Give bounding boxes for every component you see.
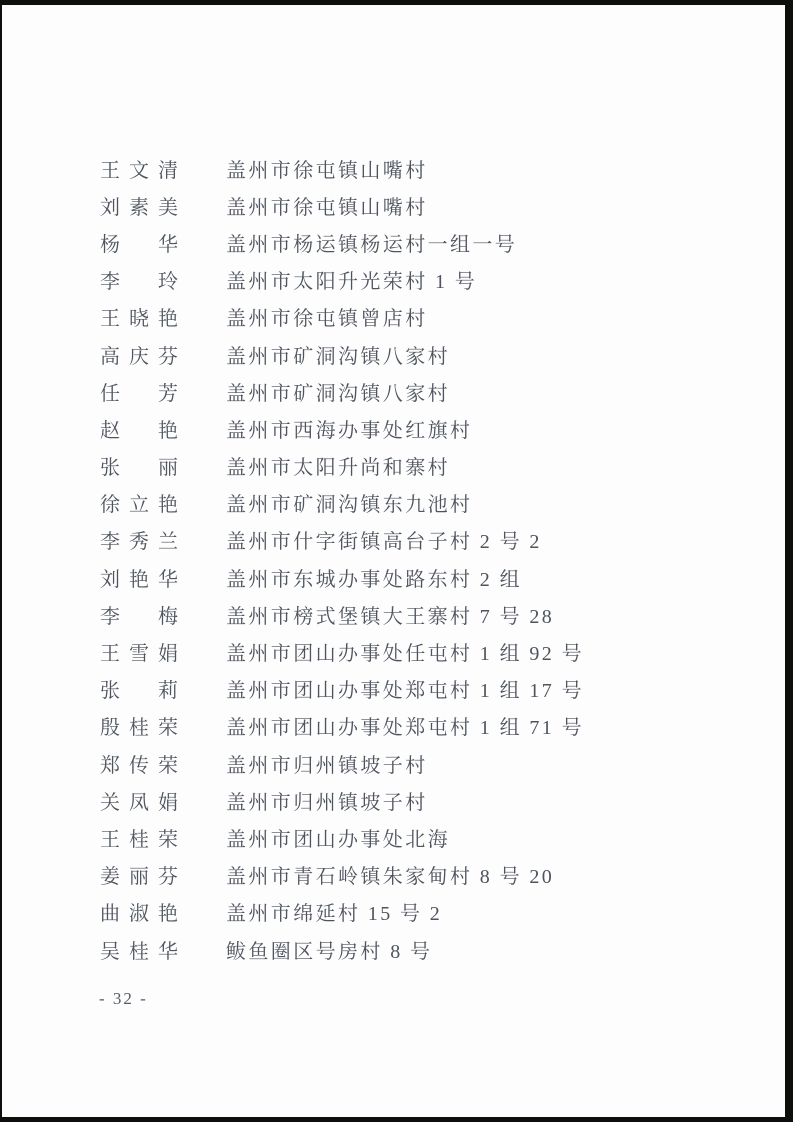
record-row: 姜丽芬盖州市青石岭镇朱家甸村 8 号 20	[100, 859, 720, 896]
record-address: 盖州市徐屯镇山嘴村	[226, 161, 428, 181]
record-address: 鲅鱼圈区号房村 8 号	[226, 942, 432, 962]
scan-edge-right	[785, 0, 793, 1122]
record-name: 王晓艳	[100, 309, 178, 329]
record-row: 殷桂荣盖州市团山办事处郑屯村 1 组 71 号	[100, 710, 720, 747]
record-name: 姜丽芬	[100, 867, 178, 887]
record-address: 盖州市西海办事处红旗村	[226, 421, 472, 441]
record-row: 任芳盖州市矿洞沟镇八家村	[100, 375, 720, 412]
record-address: 盖州市青石岭镇朱家甸村 8 号 20	[226, 867, 554, 887]
record-row: 李秀兰盖州市什字街镇高台子村 2 号 2	[100, 524, 720, 561]
record-name: 张莉	[100, 681, 178, 701]
record-name: 杨华	[100, 235, 178, 255]
record-name: 赵艳	[100, 421, 178, 441]
record-row: 刘艳华盖州市东城办事处路东村 2 组	[100, 561, 720, 598]
record-row: 张丽盖州市太阳升尚和寨村	[100, 450, 720, 487]
record-name: 任芳	[100, 384, 178, 404]
record-name: 吴桂华	[100, 942, 178, 962]
record-name: 刘艳华	[100, 570, 178, 590]
record-address: 盖州市东城办事处路东村 2 组	[226, 570, 522, 590]
record-address: 盖州市太阳升光荣村 1 号	[226, 272, 477, 292]
record-row: 赵艳盖州市西海办事处红旗村	[100, 412, 720, 449]
record-row: 吴桂华鲅鱼圈区号房村 8 号	[100, 933, 720, 970]
record-name: 郑传荣	[100, 756, 178, 776]
record-address: 盖州市杨运镇杨运村一组一号	[226, 235, 517, 255]
record-address: 盖州市团山办事处北海	[226, 830, 450, 850]
record-address: 盖州市绵延村 15 号 2	[226, 904, 442, 924]
record-name: 张丽	[100, 458, 178, 478]
record-name: 关凤娟	[100, 793, 178, 813]
record-name: 王雪娟	[100, 644, 178, 664]
record-address: 盖州市矿洞沟镇东九池村	[226, 495, 472, 515]
scan-edge-left	[0, 0, 2, 1122]
record-row: 李梅盖州市榜式堡镇大王寨村 7 号 28	[100, 598, 720, 635]
record-address: 盖州市团山办事处郑屯村 1 组 17 号	[226, 681, 584, 701]
record-address: 盖州市矿洞沟镇八家村	[226, 347, 450, 367]
record-row: 刘素美盖州市徐屯镇山嘴村	[100, 189, 720, 226]
record-row: 李玲盖州市太阳升光荣村 1 号	[100, 264, 720, 301]
record-address: 盖州市徐屯镇曾店村	[226, 309, 428, 329]
record-address: 盖州市归州镇坡子村	[226, 793, 428, 813]
scan-edge-bottom	[0, 1117, 793, 1122]
record-address: 盖州市徐屯镇山嘴村	[226, 198, 428, 218]
record-address: 盖州市归州镇坡子村	[226, 756, 428, 776]
scanned-document-page: 王文清盖州市徐屯镇山嘴村刘素美盖州市徐屯镇山嘴村杨华盖州市杨运镇杨运村一组一号李…	[0, 0, 793, 1122]
record-name: 徐立艳	[100, 495, 178, 515]
record-address: 盖州市团山办事处任屯村 1 组 92 号	[226, 644, 584, 664]
record-row: 王桂荣盖州市团山办事处北海	[100, 821, 720, 858]
scan-edge-top	[0, 0, 793, 5]
record-address: 盖州市榜式堡镇大王寨村 7 号 28	[226, 607, 554, 627]
record-address: 盖州市团山办事处郑屯村 1 组 71 号	[226, 718, 584, 738]
record-row: 高庆芬盖州市矿洞沟镇八家村	[100, 338, 720, 375]
record-row: 王文清盖州市徐屯镇山嘴村	[100, 152, 720, 189]
record-name: 李秀兰	[100, 532, 178, 552]
record-row: 关凤娟盖州市归州镇坡子村	[100, 784, 720, 821]
record-address: 盖州市什字街镇高台子村 2 号 2	[226, 532, 542, 552]
record-name: 王文清	[100, 161, 178, 181]
record-name: 高庆芬	[100, 347, 178, 367]
record-row: 杨华盖州市杨运镇杨运村一组一号	[100, 226, 720, 263]
record-name: 曲淑艳	[100, 904, 178, 924]
record-row: 郑传荣盖州市归州镇坡子村	[100, 747, 720, 784]
record-name: 刘素美	[100, 198, 178, 218]
record-row: 曲淑艳盖州市绵延村 15 号 2	[100, 896, 720, 933]
record-name: 李玲	[100, 272, 178, 292]
page-number: - 32 -	[99, 989, 148, 1009]
record-address: 盖州市矿洞沟镇八家村	[226, 384, 450, 404]
records-list: 王文清盖州市徐屯镇山嘴村刘素美盖州市徐屯镇山嘴村杨华盖州市杨运镇杨运村一组一号李…	[100, 152, 720, 970]
record-row: 徐立艳盖州市矿洞沟镇东九池村	[100, 487, 720, 524]
record-row: 王雪娟盖州市团山办事处任屯村 1 组 92 号	[100, 635, 720, 672]
record-name: 王桂荣	[100, 830, 178, 850]
record-name: 殷桂荣	[100, 718, 178, 738]
record-row: 王晓艳盖州市徐屯镇曾店村	[100, 301, 720, 338]
record-address: 盖州市太阳升尚和寨村	[226, 458, 450, 478]
record-row: 张莉盖州市团山办事处郑屯村 1 组 17 号	[100, 673, 720, 710]
record-name: 李梅	[100, 607, 178, 627]
